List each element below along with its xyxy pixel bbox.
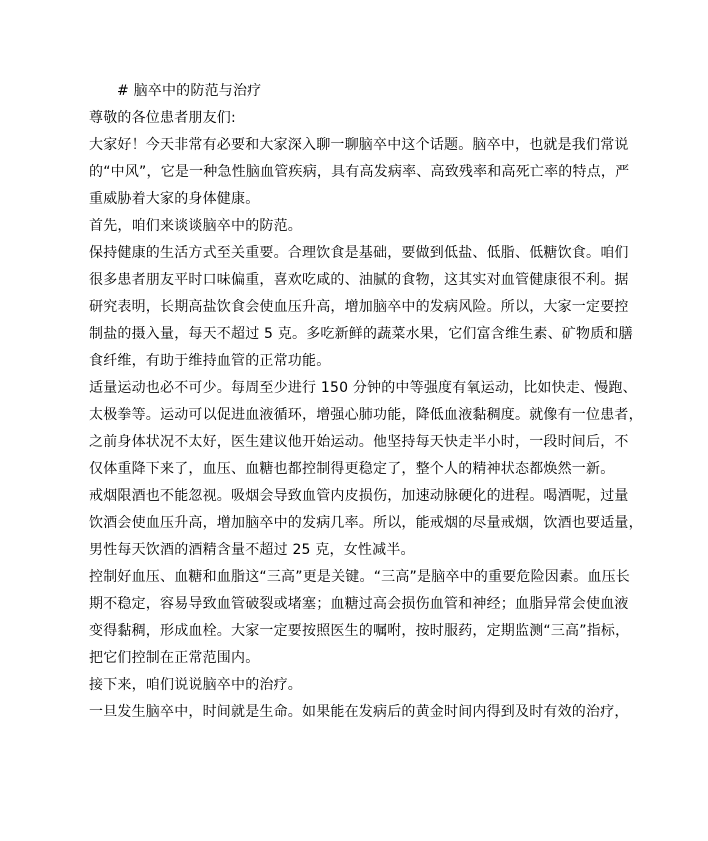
text-line: 重威胁着大家的身体健康。 <box>89 186 621 213</box>
text-line: 控制好血压、血糖和血脂这“三高”更是关键。“三高”是脑卒中的重要危险因素。血压长 <box>89 564 621 591</box>
text-line: 把它们控制在正常范围内。 <box>89 645 621 672</box>
text-line: 的“中风”，它是一种急性脑血管疾病，具有高发病率、高致残率和高死亡率的特点，严 <box>89 159 621 186</box>
text-line: 男性每天饮酒的酒精含量不超过 25 克，女性减半。 <box>89 537 621 564</box>
text-line: 一旦发生脑卒中，时间就是生命。如果能在发病后的黄金时间内得到及时有效的治疗， <box>89 699 621 726</box>
text-line: 保持健康的生活方式至关重要。合理饮食是基础，要做到低盐、低脂、低糖饮食。咱们 <box>89 240 621 267</box>
text-line: 研究表明，长期高盐饮食会使血压升高，增加脑卒中的发病风险。所以，大家一定要控 <box>89 294 621 321</box>
text-line: 期不稳定，容易导致血管破裂或堵塞；血糖过高会损伤血管和神经；血脂异常会使血液 <box>89 591 621 618</box>
text-line: 接下来，咱们说说脑卒中的治疗。 <box>89 672 621 699</box>
text-line: 尊敬的各位患者朋友们: <box>89 105 621 132</box>
text-line: 饮酒会使血压升高，增加脑卒中的发病几率。所以，能戒烟的尽量戒烟，饮酒也要适量， <box>89 510 621 537</box>
text-line: 适量运动也必不可少。每周至少进行 150 分钟的中等强度有氧运动，比如快走、慢跑… <box>89 375 621 402</box>
text-line: 变得黏稠，形成血栓。大家一定要按照医生的嘱咐，按时服药，定期监测“三高”指标， <box>89 618 621 645</box>
text-line: 之前身体状况不太好，医生建议他开始运动。他坚持每天快走半小时，一段时间后，不 <box>89 429 621 456</box>
text-line: 大家好！今天非常有必要和大家深入聊一聊脑卒中这个话题。脑卒中，也就是我们常说 <box>89 132 621 159</box>
document-heading: # 脑卒中的防范与治疗 <box>89 78 621 105</box>
text-line: 戒烟限酒也不能忽视。吸烟会导致血管内皮损伤，加速动脉硬化的进程。喝酒呢，过量 <box>89 483 621 510</box>
text-line: 食纤维，有助于维持血管的正常功能。 <box>89 348 621 375</box>
text-line: 制盐的摄入量，每天不超过 5 克。多吃新鲜的蔬菜水果，它们富含维生素、矿物质和膳 <box>89 321 621 348</box>
text-line: 仅体重降下来了，血压、血糖也都控制得更稳定了，整个人的精神状态都焕然一新。 <box>89 456 621 483</box>
document-body: 尊敬的各位患者朋友们:大家好！今天非常有必要和大家深入聊一聊脑卒中这个话题。脑卒… <box>89 105 621 726</box>
text-line: 首先，咱们来谈谈脑卒中的防范。 <box>89 213 621 240</box>
document-page: # 脑卒中的防范与治疗 尊敬的各位患者朋友们:大家好！今天非常有必要和大家深入聊… <box>89 78 621 726</box>
text-line: 很多患者朋友平时口味偏重，喜欢吃咸的、油腻的食物，这其实对血管健康很不利。据 <box>89 267 621 294</box>
text-line: 太极拳等。运动可以促进血液循环，增强心肺功能，降低血液黏稠度。就像有一位患者， <box>89 402 621 429</box>
